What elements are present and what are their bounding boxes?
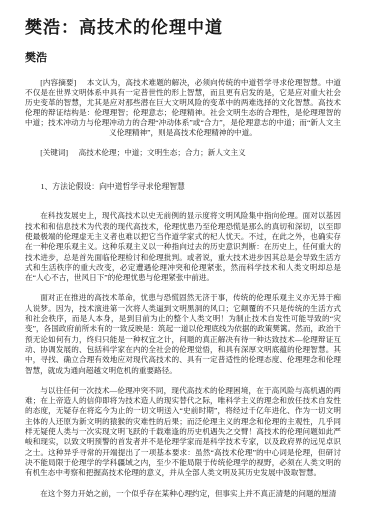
document-page: 樊浩：高技术的伦理中道 樊浩 [内容摘要]本文认为，高技术难题的解决，必须向传统…: [0, 0, 365, 516]
paragraph: 在这个努力开始之前，一个似乎存在某种心理约定，但事实上并不真正清楚的问题的厘清: [25, 489, 341, 499]
paragraph: 在科技发展史上，现代高技术以史无前例的显示度将文明风险集中指向伦理。面对以基因技…: [25, 211, 341, 283]
article-title: 樊浩：高技术的伦理中道: [25, 18, 341, 38]
keywords-label: [关键词]: [40, 148, 68, 157]
abstract-paragraph: [内容摘要]本文认为，高技术难题的解决，必须向传统的中道哲学寻求伦理智慧。中道不…: [25, 78, 341, 138]
abstract-text: 本文认为，高技术难题的解决，必须向传统的中道哲学寻求伦理智慧。中道不仅是在世界文…: [25, 78, 341, 137]
paragraph: 面对正在推进的高技术革命，忧患与恐慌固然无济于事，传统的伦理乐观主义亦无异于痴人…: [25, 293, 341, 375]
abstract-label: [内容摘要]: [40, 78, 76, 87]
keywords-line: [关键词]高技术伦理；中道；文明生态；合力；新人文主义: [25, 148, 341, 158]
author-name: 樊浩: [25, 49, 341, 65]
paragraph: 与以往任何一次技术—伦理冲突不同，现代高技术的伦理困境，在于高风险与高机遇的两难…: [25, 386, 341, 479]
section-heading: 1、方法论假设：向中道哲学寻求伦理智慧: [25, 182, 341, 192]
keywords-text: 高技术伦理；中道；文明生态；合力；新人文主义: [79, 148, 246, 157]
